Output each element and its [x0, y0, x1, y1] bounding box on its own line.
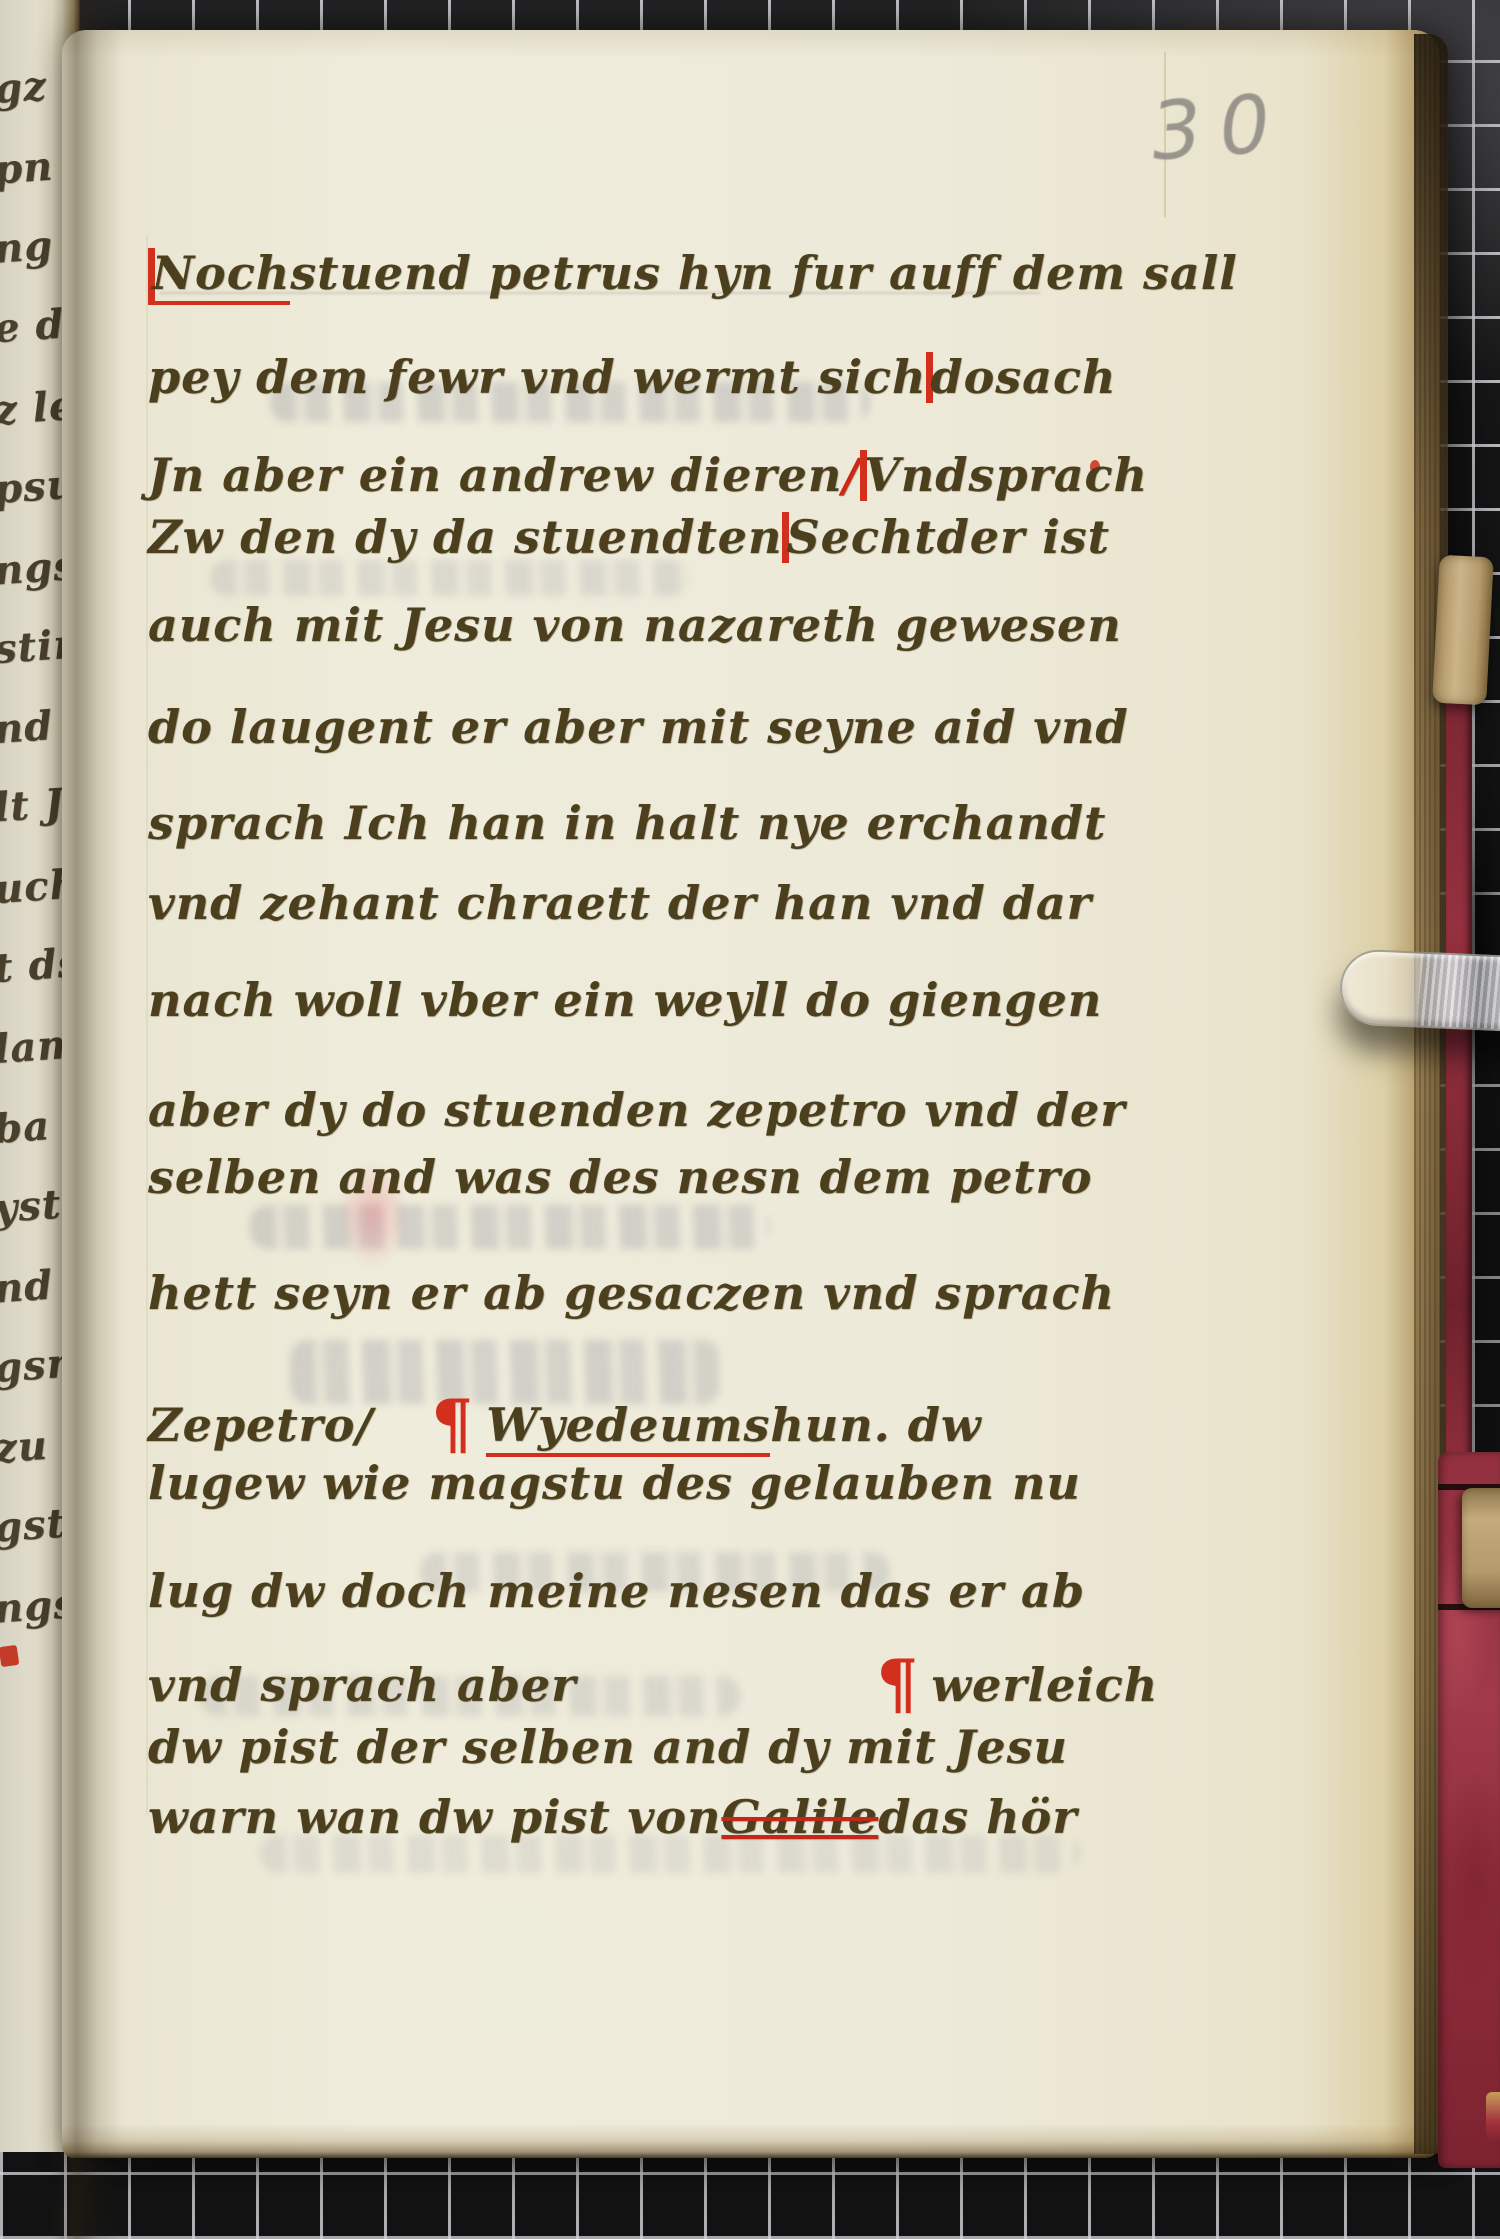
page-holder-clip	[1338, 948, 1500, 1032]
manuscript-text-segment: Galile	[721, 1792, 878, 1843]
manuscript-text-segment: nach woll vber ein weyll do giengen	[148, 975, 1102, 1026]
cover-strap	[1462, 1488, 1500, 1608]
manuscript-text-segment: Noch	[148, 248, 290, 305]
manuscript-line: warn wan dw pist von Galile das hör	[148, 1792, 1077, 1843]
manuscript-text-segment: Zepetro/	[148, 1400, 373, 1451]
manuscript-text-segment: lug dw doch meine nesen das er ab	[148, 1566, 1085, 1617]
manuscript-text-segment: vnd sprach aber	[148, 1660, 576, 1711]
manuscript-text-segment: hun. dw	[770, 1400, 981, 1451]
manuscript-line: lugew wie magstu des gelauben nu	[148, 1458, 1081, 1509]
manuscript-text-segment: auch mit Jesu von nazareth gewesen	[148, 600, 1122, 651]
manuscript-text-segment: pey dem fewr vnd wermt sich	[148, 352, 926, 403]
manuscript-text-segment: lugew wie magstu des gelauben nu	[148, 1458, 1081, 1509]
manuscript-text-segment: Vnd	[860, 450, 968, 501]
manuscript-line: vnd sprach aber¶werleich	[148, 1648, 1158, 1721]
manuscript-line: dw pist der selben and dy mit Jesu	[148, 1722, 1068, 1773]
manuscript-text-segment: vnd zehant chraett der han vnd dar	[148, 878, 1092, 929]
manuscript-text-block: Noch stuend petrus hyn fur auff dem sall…	[0, 0, 1500, 2239]
manuscript-line: lug dw doch meine nesen das er ab	[148, 1566, 1085, 1617]
manuscript-line: Noch stuend petrus hyn fur auff dem sall	[148, 248, 1238, 305]
manuscript-line: aber dy do stuenden zepetro vnd der	[148, 1085, 1125, 1136]
rubric-pilcrow-icon: ¶	[876, 1648, 919, 1721]
manuscript-text-segment: werleich	[931, 1660, 1158, 1711]
manuscript-text-segment: sprach Ich han in halt nye erchandt	[148, 798, 1106, 849]
manuscript-text-segment: Wyedeums	[486, 1400, 770, 1457]
manuscript-text-segment: sach	[995, 352, 1116, 403]
manuscript-line: selben and was des nesn dem petro	[148, 1152, 1092, 1203]
manuscript-line: hett seyn er ab gesaczen vnd sprach	[148, 1268, 1115, 1319]
manuscript-line: pey dem fewr vnd wermt sich do sach	[148, 352, 1116, 403]
manuscript-line: nach woll vber ein weyll do giengen	[148, 975, 1102, 1026]
manuscript-text-segment: stuend petrus hyn fur auff dem sall	[290, 248, 1237, 299]
manuscript-line: Zw den dy da stuendten Secht der ist	[148, 512, 1110, 563]
manuscript-text-segment: das hör	[878, 1792, 1077, 1843]
manuscript-text-segment: do laugent er aber mit seyne aid vnd	[148, 702, 1129, 753]
manuscript-text-segment: der ist	[937, 512, 1110, 563]
manuscript-text-segment: hett seyn er ab gesaczen vnd sprach	[148, 1268, 1115, 1319]
manuscript-text-segment: sprach	[968, 450, 1148, 501]
manuscript-text-segment: selben and was des nesn dem petro	[148, 1152, 1092, 1203]
manuscript-text-segment: Secht	[782, 512, 936, 563]
manuscript-line: do laugent er aber mit seyne aid vnd	[148, 702, 1129, 753]
manuscript-line: auch mit Jesu von nazareth gewesen	[148, 600, 1122, 651]
cover-corner-bit	[1486, 2092, 1500, 2142]
manuscript-text-segment: Zw den dy da stuendten	[148, 512, 782, 563]
manuscript-line: sprach Ich han in halt nye erchandt	[148, 798, 1106, 849]
cutting-mat-background: gz mpn ghng lte dsz lembpsultngstenstind…	[0, 0, 1500, 2239]
manuscript-text-segment: warn wan dw pist von	[148, 1792, 721, 1843]
manuscript-text-segment: /	[842, 450, 860, 501]
manuscript-line: Zepetro/¶Wyedeums hun. dw	[148, 1388, 981, 1461]
clasp-tab	[1432, 555, 1494, 706]
manuscript-text-segment: aber dy do stuenden zepetro vnd der	[148, 1085, 1125, 1136]
rubric-pilcrow-icon: ¶	[431, 1388, 474, 1461]
manuscript-text-segment: Jn aber ein andrew dieren	[148, 450, 842, 501]
manuscript-line: Jn aber ein andrew dieren / Vnd sprach	[148, 450, 1148, 501]
manuscript-text-segment: do	[926, 352, 995, 403]
manuscript-line: vnd zehant chraett der han vnd dar	[148, 878, 1092, 929]
manuscript-text-segment: dw pist der selben and dy mit Jesu	[148, 1722, 1068, 1773]
